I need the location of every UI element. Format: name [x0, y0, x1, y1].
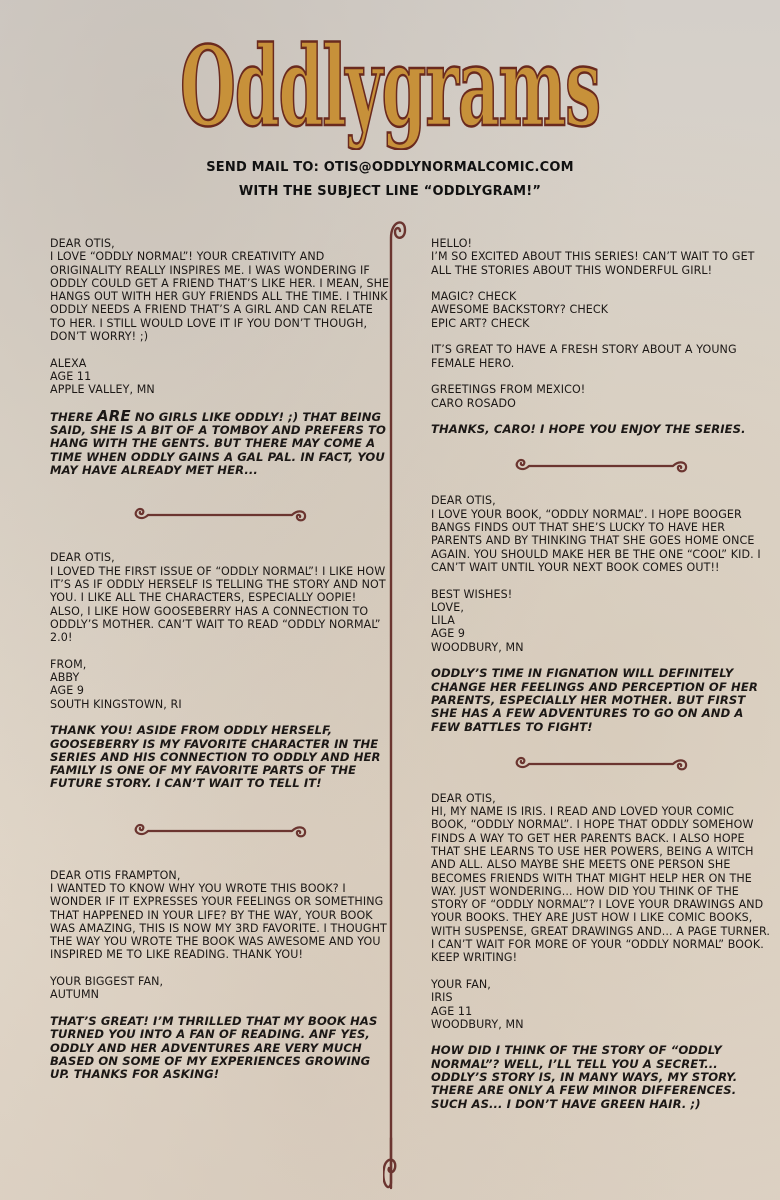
right-column: Hello!I’m so excited about this series! …: [431, 237, 771, 1111]
letter-line: Best wishes!: [431, 588, 771, 601]
signature-line: South Kingstown, RI: [50, 698, 390, 711]
spacer: [431, 410, 771, 423]
letter-line: It’s great to have a fresh story about a…: [431, 343, 771, 370]
spacer: [431, 277, 771, 290]
letter: Dear Otis,I loved the first issue of “Od…: [50, 551, 390, 790]
editor-reply: How did I think of the story of “Oddly N…: [431, 1044, 771, 1110]
signature-line: Autumn: [50, 988, 390, 1001]
send-mail-line: Send mail to: otis@oddlynormalcomic.com: [0, 160, 780, 175]
reply-text: That’s great! I’m thrilled that my book …: [50, 1014, 382, 1081]
letter: Dear Otis,I love your book, “Oddly Norma…: [431, 494, 771, 733]
reply-text: There: [50, 410, 97, 424]
letter-line: Greetings from Mexico!: [431, 383, 771, 396]
letter-line: Hi, my name is Iris. I read and loved yo…: [431, 805, 771, 965]
spacer: [431, 574, 771, 587]
letter-line: Hello!: [431, 237, 771, 250]
section-divider-flourish: [511, 454, 691, 476]
divider-wrap: [431, 454, 771, 476]
letter-line: Age 9: [431, 627, 771, 640]
letter-line: Dear Otis,: [431, 494, 771, 507]
letter-line: Dear Otis,: [431, 792, 771, 805]
letter: Dear Otis Frampton,I wanted to know why …: [50, 869, 390, 1082]
spacer: [50, 343, 390, 356]
letter-line: Your fan,: [431, 978, 771, 991]
letter-line: Woodbury, MN: [431, 1018, 771, 1031]
section-divider-flourish: [130, 819, 310, 841]
signature-line: Abby: [50, 671, 390, 684]
editor-reply: There ARE no girls like Oddly! ;) That b…: [50, 410, 390, 477]
subject-line: with the subject line “Oddlygram!”: [0, 184, 780, 199]
letter-line: Magic? Check: [431, 290, 771, 303]
divider-wrap: [50, 503, 390, 525]
editor-reply: Thank you! Aside from Oddly herself, Goo…: [50, 724, 390, 790]
letter-line: Woodbury, MN: [431, 641, 771, 654]
spacer: [50, 711, 390, 724]
signature-line: Apple Valley, MN: [50, 383, 390, 396]
letter-line: Age 11: [431, 1005, 771, 1018]
spacer: [431, 1031, 771, 1044]
salutation: Dear Otis,: [50, 551, 390, 564]
salutation: Dear Otis,: [50, 237, 390, 250]
signature-line: Age 9: [50, 684, 390, 697]
reply-text: Thank you! Aside from Oddly herself, Goo…: [50, 723, 385, 790]
section-divider-flourish: [130, 503, 310, 525]
letter-line: Iris: [431, 991, 771, 1004]
salutation: Dear Otis Frampton,: [50, 869, 390, 882]
editor-reply: Oddly’s time in Fignation will definitel…: [431, 667, 771, 733]
divider-wrap: [431, 752, 771, 774]
letter-body: I loved the first issue of “Oddly Normal…: [50, 565, 390, 645]
letter: Dear Otis,I love “Oddly Normal”! Your cr…: [50, 237, 390, 477]
letter-line: I’m so excited about this series! Can’t …: [431, 250, 771, 277]
letter-line: Caro Rosado: [431, 397, 771, 410]
page-title: Oddlygrams: [0, 20, 780, 150]
section-divider-flourish: [511, 752, 691, 774]
letter: Hello!I’m so excited about this series! …: [431, 237, 771, 436]
spacer: [50, 962, 390, 975]
letter-line: Love,: [431, 601, 771, 614]
letter-line: Awesome backstory? Check: [431, 303, 771, 316]
title-logo: Oddlygrams: [170, 20, 610, 150]
letter-body: I love “Oddly Normal”! Your creativity a…: [50, 250, 390, 343]
spacer: [50, 1002, 390, 1015]
spacer: [431, 330, 771, 343]
signature-line: Alexa: [50, 357, 390, 370]
letter: Dear Otis,Hi, my name is Iris. I read an…: [431, 792, 771, 1111]
editor-reply: That’s great! I’m thrilled that my book …: [50, 1015, 390, 1081]
editor-reply: Thanks, Caro! I hope you enjoy the serie…: [431, 423, 771, 436]
reply-emphasis: ARE: [97, 407, 131, 425]
svg-text:Oddlygrams: Oddlygrams: [180, 22, 600, 150]
spacer: [431, 370, 771, 383]
spacer: [50, 644, 390, 657]
signature-line: Your biggest fan,: [50, 975, 390, 988]
signature-line: From,: [50, 658, 390, 671]
letter-body: I wanted to know why you wrote this book…: [50, 882, 390, 962]
spacer: [431, 654, 771, 667]
letter-line: I love your book, “Oddly Normal”. I hope…: [431, 508, 771, 574]
letter-line: Lila: [431, 614, 771, 627]
left-column: Dear Otis,I love “Oddly Normal”! Your cr…: [50, 237, 390, 1081]
signature-line: Age 11: [50, 370, 390, 383]
spacer: [431, 965, 771, 978]
divider-wrap: [50, 819, 390, 841]
letter-line: Epic art? Check: [431, 317, 771, 330]
